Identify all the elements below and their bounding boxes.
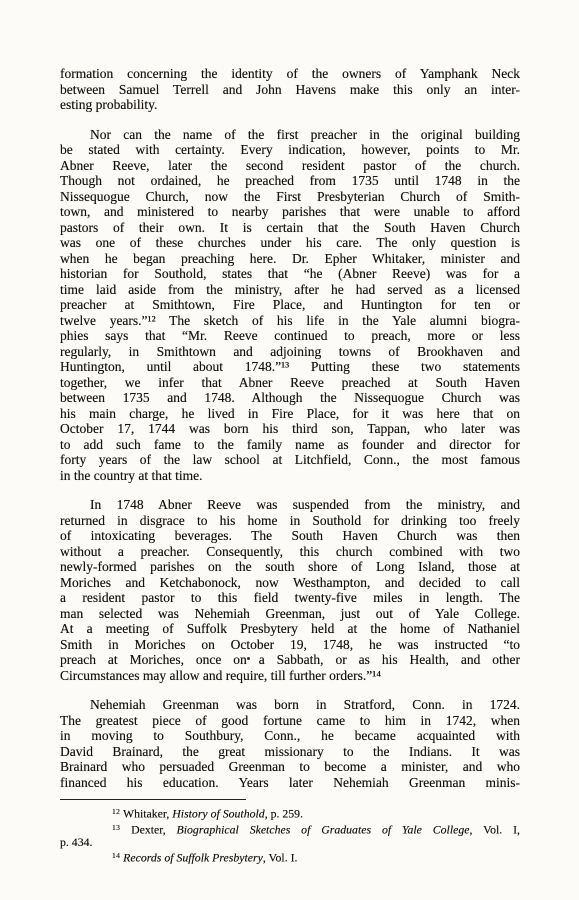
text-line: Nor can the name of the first preacher i… (60, 127, 520, 143)
footnote-title: Records of Suffolk Presbytery (123, 851, 263, 865)
paragraph-abner-reeve: Nor can the name of the first preacher i… (60, 127, 520, 484)
footnote-author: Dexter, (120, 822, 176, 836)
text-line: The greatest piece of good fortune came … (60, 713, 520, 729)
footnote-line: 12 Whitaker, History of Southold, p. 259… (60, 805, 520, 821)
text-line: between Samuel Terrell and John Havens m… (60, 82, 520, 98)
text-line: regularly, in Smithtown and adjoining to… (60, 344, 520, 360)
text-line: Nissequogue Church, now the First Presby… (60, 189, 520, 205)
book-page: formation concerning the identity of the… (0, 0, 579, 900)
text-line: in moving to Southbury, Conn., he became… (60, 728, 520, 744)
text-line: be stated with certainty. Every indicati… (60, 142, 520, 158)
text-line: his main charge, he lived in Fire Place,… (60, 406, 520, 422)
paragraph-greenman: Nehemiah Greenman was born in Stratford,… (60, 697, 520, 790)
text-line: man selected was Nehemiah Greenman, just… (60, 606, 520, 622)
text-line: preach at Moriches, once on a Sabbath, o… (60, 652, 520, 668)
footnote-author: Whitaker, (120, 807, 172, 821)
text-line: of intoxicating beverages. The South Hav… (60, 528, 520, 544)
footnote-pages: , Vol. I. (263, 851, 298, 865)
text-line: Abner Reeve, later the second resident p… (60, 158, 520, 174)
text-line: town, and ministered to nearby parishes … (60, 204, 520, 220)
text-line: Huntington, until about 1748.”¹³ Putting… (60, 359, 520, 375)
footnote-line: 14 Records of Suffolk Presbytery, Vol. I… (60, 849, 520, 865)
text-line: returned in disgrace to his home in Sout… (60, 513, 520, 529)
text-line: October 17, 1744 was born his third son,… (60, 421, 520, 437)
text-line: Circumstances may allow and require, til… (60, 668, 520, 684)
text-line: together, we infer that Abner Reeve prea… (60, 375, 520, 391)
footnote-pages: , p. 259. (265, 807, 303, 821)
paragraph-suspension: In 1748 Abner Reeve was suspended from t… (60, 497, 520, 683)
footnote-separator (60, 799, 246, 800)
text-line: was one of these churches under his care… (60, 235, 520, 251)
text-block: formation concerning the identity of the… (60, 66, 520, 865)
scan-speck (247, 657, 250, 660)
text-line: Brainard who persuaded Greenman to becom… (60, 759, 520, 775)
text-line: Moriches and Ketchabonock, now Westhampt… (60, 575, 520, 591)
footnote-13: 13 Dexter, Biographical Sketches of Grad… (60, 821, 520, 850)
footnote-continuation: p. 434. (60, 836, 520, 849)
text-line: historian for Southold, states that “he … (60, 266, 520, 282)
text-line: financed his education. Years later Nehe… (60, 775, 520, 791)
text-line: David Brainard, the great missionary to … (60, 744, 520, 760)
footnote-14: 14 Records of Suffolk Presbytery, Vol. I… (60, 849, 520, 865)
footnote-pages: , Vol. I, (469, 822, 520, 836)
text-line: between 1735 and 1748. Although the Niss… (60, 390, 520, 406)
text-line: Nehemiah Greenman was born in Stratford,… (60, 697, 520, 713)
footnotes: 12 Whitaker, History of Southold, p. 259… (60, 805, 520, 865)
text-line: formation concerning the identity of the… (60, 66, 520, 82)
paragraph-continuation: formation concerning the identity of the… (60, 66, 520, 113)
text-line: to add such fame to the family name as f… (60, 437, 520, 453)
text-line: a resident pastor to this field twenty-f… (60, 590, 520, 606)
text-line: forty years of the law school at Litchfi… (60, 452, 520, 468)
text-line: when he began preaching here. Dr. Epher … (60, 251, 520, 267)
footnote-marker: 12 (112, 807, 120, 816)
text-line: time laid aside from the ministry, after… (60, 282, 520, 298)
footnote-title: Biographical Sketches of Graduates of Ya… (177, 822, 470, 836)
footnote-marker: 13 (112, 823, 120, 832)
text-line: pastors of their own. It is certain that… (60, 220, 520, 236)
text-line: twelve years.”¹² The sketch of his life … (60, 313, 520, 329)
text-line: Though not ordained, he preached from 17… (60, 173, 520, 189)
text-line: newly-formed parishes on the south shore… (60, 559, 520, 575)
footnote-line: 13 Dexter, Biographical Sketches of Grad… (60, 821, 520, 837)
text-line: without a preacher. Consequently, this c… (60, 544, 520, 560)
text-line: esting probability. (60, 97, 520, 113)
text-line: phies says that “Mr. Reeve continued to … (60, 328, 520, 344)
footnote-12: 12 Whitaker, History of Southold, p. 259… (60, 805, 520, 821)
text-line: At a meeting of Suffolk Presbytery held … (60, 621, 520, 637)
footnote-marker: 14 (112, 851, 120, 860)
text-line: Smith in Moriches on October 19, 1748, h… (60, 637, 520, 653)
text-line: in the country at that time. (60, 468, 520, 484)
text-line: preacher at Smithtown, Fire Place, and H… (60, 297, 520, 313)
text-line: In 1748 Abner Reeve was suspended from t… (60, 497, 520, 513)
footnote-title: History of Southold (172, 807, 264, 821)
